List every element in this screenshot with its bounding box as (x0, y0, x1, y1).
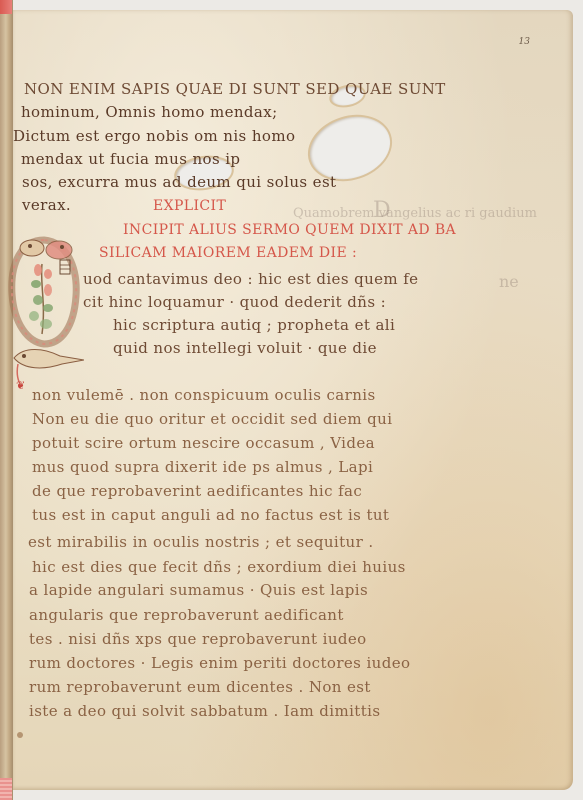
folio-number: 13 (519, 37, 530, 47)
text-line-27: iste a deo qui solvit sabbatum . Iam dim… (29, 702, 380, 720)
text-line-11: cit hinc loquamur · quod dederit dñs : (83, 293, 386, 311)
text-line-23: angularis que reprobaverunt aedificant (29, 606, 344, 624)
text-line-15: Non eu die quo oritur et occidit sed die… (32, 410, 392, 428)
bleed-through-text: Quamobrem vangelius ac ri gaudium (293, 206, 537, 221)
text-line-19: tus est in caput anguli ad no factus est… (32, 506, 389, 524)
text-line-10: uod cantavimus deo : hic est dies quem f… (83, 270, 418, 288)
rubric-incipit-line-2: SILICAM MAIOREM EADEM DIE : (99, 245, 357, 261)
rubric-incipit-line-1: INCIPIT ALIUS SERMO QUEM DIXIT AD BA (123, 222, 456, 238)
rubric-explicit: EXPLICIT (153, 198, 226, 214)
bleed-through-letters: ne (499, 272, 519, 291)
text-line-18: de que reprobaverint aedificantes hic fa… (32, 482, 362, 500)
text-line-1: NON ENIM SAPIS QUAE DI SUNT SED QUAE SUN… (24, 80, 446, 98)
text-line-4: mendax ut fucia mus nos ip (21, 150, 240, 168)
decorated-initial-q-icon (4, 234, 84, 384)
text-line-22: a lapide angulari sumamus · Quis est lap… (29, 581, 368, 599)
text-line-12: hic scriptura autiq ; propheta et ali (113, 316, 395, 334)
text-line-13: quid nos intellegi voluit · que die (113, 339, 377, 357)
ribbon-tab-bottom (0, 778, 12, 800)
text-line-6: verax. (22, 196, 71, 214)
text-line-20: est mirabilis in oculis nostris ; et seq… (28, 533, 374, 551)
text-line-2: hominum, Omnis homo mendax; (21, 103, 278, 121)
text-line-26: rum reprobaverunt eum dicentes . Non est (29, 678, 371, 696)
text-line-5: sos, excurra mus ad deum qui solus est (22, 173, 337, 191)
text-line-21: hic est dies que fecit dñs ; exordium di… (32, 558, 406, 576)
text-line-25: rum doctores · Legis enim periti doctore… (29, 654, 410, 672)
text-line-3: Dictum est ergo nobis om nis homo (13, 127, 295, 145)
ink-stain (17, 732, 23, 738)
text-line-14: non vulemē . non conspicuum oculis carni… (32, 386, 376, 404)
text-line-16: potuit scire ortum nescire occasum , Vid… (32, 434, 375, 452)
text-line-24: tes . nisi dñs xps que reprobaverunt iud… (29, 630, 367, 648)
ribbon-tab-top (0, 0, 12, 14)
paragraph-mark-icon: ❦ (16, 379, 25, 392)
binding-edge (0, 0, 13, 800)
manuscript-folio: 13 D Quamobrem vangelius ac ri gaudium n… (13, 10, 573, 790)
text-line-17: mus quod supra dixerit ide ps almus , La… (32, 458, 373, 476)
